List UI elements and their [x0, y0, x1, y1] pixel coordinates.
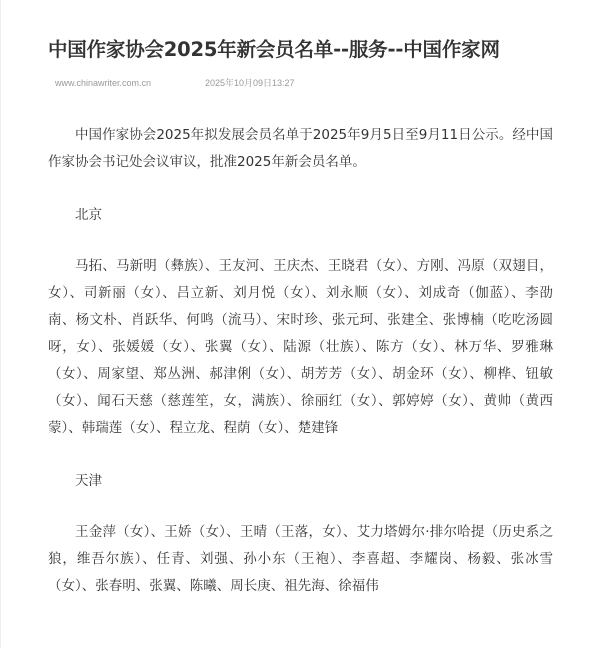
publish-datetime: 2025年10月09日13:27: [205, 76, 295, 90]
intro-paragraph: 中国作家协会2025年拟发展会员名单于2025年9月5日至9月11日公示。经中国…: [48, 122, 553, 176]
page-left-border: [0, 0, 1, 648]
article-title: 中国作家协会2025年新会员名单--服务--中国作家网: [48, 37, 553, 63]
source-link[interactable]: www.chinawriter.com.cn: [55, 76, 151, 90]
member-list-beijing: 马拓、马新明（彝族）、王友河、王庆杰、王晓君（女）、方刚、冯原（双翅目，女）、司…: [48, 253, 553, 442]
region-heading-beijing: 北京: [48, 202, 553, 229]
article-meta: www.chinawriter.com.cn 2025年10月09日13:27: [48, 76, 553, 90]
member-list-tianjin: 王金萍（女）、王娇（女）、王晴（王落，女）、艾力塔姆尔·排尔哈提（历史系之狼，维…: [48, 519, 553, 600]
region-heading-tianjin: 天津: [48, 468, 553, 495]
article-body: 中国作家协会2025年拟发展会员名单于2025年9月5日至9月11日公示。经中国…: [48, 122, 553, 626]
